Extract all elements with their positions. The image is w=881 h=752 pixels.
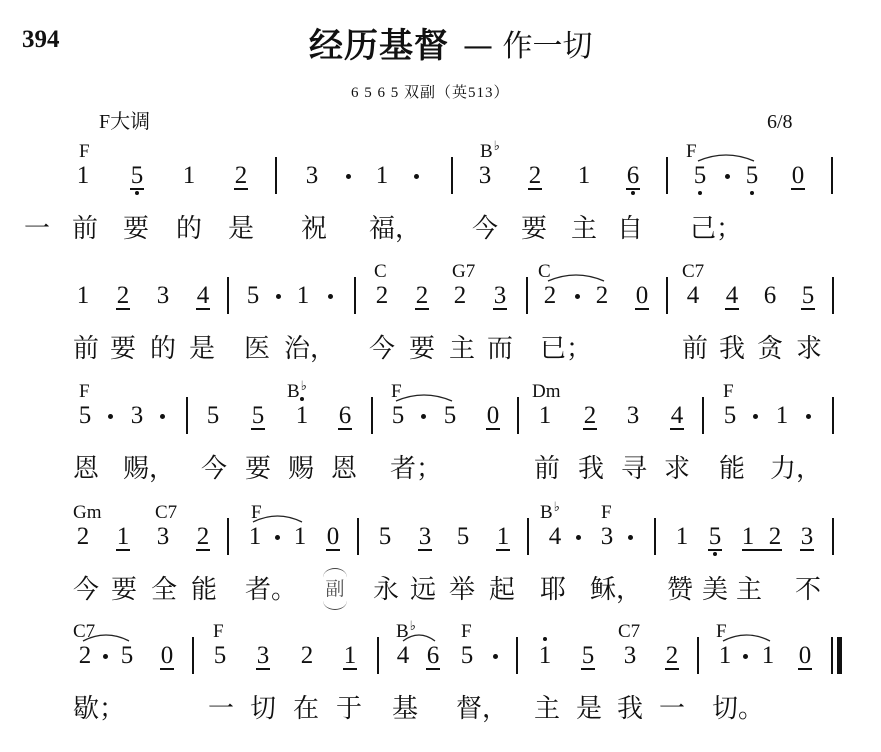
augmentation-dot [421,414,426,419]
lyric-syllable: 永 [373,575,399,605]
note: 1 [672,524,692,549]
note: 3 [153,524,173,549]
lyric-syllable: 今 [472,214,498,244]
lyric-syllable: 求 [796,334,822,364]
hymn-number: 394 [22,25,60,55]
tie-slur [721,631,772,643]
note-underline [116,308,130,310]
augmentation-dot [628,535,633,540]
hymn-title: 经历基督 [309,27,449,65]
note: 1 [179,163,199,188]
note-underline [338,428,352,430]
chord-symbol: B♭ [540,503,560,522]
note-underline [160,668,174,670]
lyric-syllable: 今 [369,334,395,364]
note: 1 [245,524,265,549]
lyric-syllable: 一 [24,214,50,244]
augmentation-dot [160,414,165,419]
note: 0 [483,403,503,428]
note: 3 [490,283,510,308]
note: 2 [193,524,213,549]
lyric-syllable: 督， [456,694,508,724]
hymn-sheet: 394 经历基督 — 作一切 6 5 6 5 双副（英513） F大调 6/8 … [0,0,881,752]
chord-symbol: F [601,503,612,522]
chord-symbol: G7 [452,262,475,281]
note-underline [581,668,595,670]
barline [275,157,277,194]
high-octave-dot [543,637,547,641]
tie-slur [401,631,437,643]
note-underline [196,308,210,310]
note-underline [418,549,432,551]
note: 1 [758,643,778,668]
note: 5 [117,643,137,668]
lyric-syllable: 不 [795,575,821,605]
lyric-syllable: 稣， [590,575,642,605]
lyric-syllable: 能 [191,575,217,605]
augmentation-dot [493,654,498,659]
note-underline [256,668,270,670]
lyric-syllable: 的 [176,214,202,244]
augmentation-dot [414,174,419,179]
augmentation-dot [328,294,333,299]
refrain-marker: 副 [323,568,347,610]
barline [192,637,194,674]
note: 5 [210,643,230,668]
note-underline [708,549,722,551]
lyric-syllable: 前 [73,334,99,364]
final-barline-thin [831,637,833,674]
lyric-syllable: 要 [409,334,435,364]
lyric-syllable: 寻 [621,454,647,484]
lyric-syllable: 要 [245,454,271,484]
note-underline [635,308,649,310]
chord-symbol: F [79,382,90,401]
lyric-syllable: 远 [410,575,436,605]
note-underline [791,188,805,190]
barline [832,518,834,555]
barline [451,157,453,194]
lyric-syllable: 于 [336,694,362,724]
chord-symbol: F [461,622,472,641]
note: 1 [113,524,133,549]
barline [516,637,518,674]
lyric-syllable: 主 [736,575,762,605]
note-underline [626,188,640,190]
meter-info: 6 5 6 5 双副（英513） [351,84,510,102]
lyric-syllable: 耶 [540,575,566,605]
chord-symbol: F [723,382,734,401]
augmentation-dot [346,174,351,179]
note: 3 [597,524,617,549]
note: 1 [574,163,594,188]
note: 3 [475,163,495,188]
note: 5 [203,403,223,428]
note: 2 [412,283,432,308]
note: 2 [765,524,785,549]
lyric-syllable: 治， [284,334,336,364]
note: 1 [340,643,360,668]
final-barline-thick [837,637,842,674]
time-signature: 6/8 [767,110,793,134]
low-octave-dot [135,191,139,195]
chord-symbol: C7 [682,262,704,281]
note: 1 [372,163,392,188]
lyric-syllable: 前 [534,454,560,484]
flat-icon: ♭ [554,500,560,515]
note-underline [415,308,429,310]
note: 5 [75,403,95,428]
note: 5 [388,403,408,428]
note: 0 [632,283,652,308]
lyric-syllable: 举 [449,575,475,605]
lyric-syllable: 一 [208,694,234,724]
chord-symbol: C [374,262,387,281]
lyric-syllable: 己； [690,214,742,244]
lyric-syllable: 者； [390,454,442,484]
chord-symbol: Dm [532,382,561,401]
note: 4 [667,403,687,428]
barline [227,518,229,555]
lyric-syllable: 美 [702,575,728,605]
note: 1 [73,283,93,308]
note-underline [130,188,144,190]
low-octave-dot [698,191,702,195]
barline [666,277,668,314]
barline [354,277,356,314]
lyric-syllable: 前 [72,214,98,244]
note: 2 [592,283,612,308]
flat-icon: ♭ [301,379,307,394]
note: 1 [292,403,312,428]
lyric-syllable: 全 [151,575,177,605]
augmentation-dot [575,294,580,299]
note: 1 [293,283,313,308]
barline [371,397,373,434]
lyric-syllable: 今 [73,575,99,605]
note: 3 [623,403,643,428]
note: 5 [742,163,762,188]
note: 1 [738,524,758,549]
chord-symbol: F [79,142,90,161]
note-underline [426,668,440,670]
note: 3 [302,163,322,188]
barline [357,518,359,555]
note-underline [798,668,812,670]
note: 6 [760,283,780,308]
lyric-syllable: 贪 [757,334,783,364]
note: 2 [297,643,317,668]
note: 5 [690,163,710,188]
lyric-syllable: 在 [293,694,319,724]
barline [654,518,656,555]
barline [526,277,528,314]
augmentation-dot [806,414,811,419]
note-underline [486,428,500,430]
chord-symbol: C7 [618,622,640,641]
chord-symbol: B♭ [480,142,500,161]
note-underline [583,428,597,430]
lyric-syllable: 是 [576,694,602,724]
barline [666,157,668,194]
note: 4 [193,283,213,308]
note-underline [196,549,210,551]
note: 5 [578,643,598,668]
tie-slur [251,512,304,524]
lyric-syllable: 祝 [301,214,327,244]
note: 2 [231,163,251,188]
note: 1 [73,163,93,188]
tie-slur [394,391,454,403]
note: 2 [540,283,560,308]
note: 1 [290,524,310,549]
barline [832,277,834,314]
lyric-syllable: 前 [682,334,708,364]
barline [832,397,834,434]
note: 5 [375,524,395,549]
note: 0 [795,643,815,668]
lyric-syllable: 基 [392,694,418,724]
key-signature: F大调 [99,110,150,134]
lyric-syllable: 一 [659,694,685,724]
note: 0 [788,163,808,188]
note: 4 [545,524,565,549]
barline [697,637,699,674]
barline [186,397,188,434]
note-underline [670,428,684,430]
note: 2 [662,643,682,668]
chord-symbol: Gm [73,503,102,522]
note: 6 [623,163,643,188]
hymn-subtitle: — 作一切 [463,29,593,65]
note: 1 [772,403,792,428]
augmentation-dot [725,174,730,179]
chord-symbol: F [686,142,697,161]
lyric-syllable: 恩 [331,454,357,484]
note: 5 [705,524,725,549]
note: 5 [243,283,263,308]
lyric-syllable: 要 [110,334,136,364]
note: 5 [440,403,460,428]
note: 4 [393,643,413,668]
lyric-syllable: 主 [571,214,597,244]
note: 5 [248,403,268,428]
lyric-syllable: 切 [250,694,276,724]
note-underline [343,668,357,670]
lyric-syllable: 医 [244,334,270,364]
tie-slur [546,271,606,283]
chord-symbol: C7 [155,503,177,522]
note: 5 [457,643,477,668]
note-underline [493,308,507,310]
augmentation-dot [108,414,113,419]
note: 2 [580,403,600,428]
note: 5 [453,524,473,549]
note: 4 [683,283,703,308]
lyric-syllable: 自 [617,214,643,244]
lyric-syllable: 是 [189,334,215,364]
note-underline [800,549,814,551]
note: 3 [253,643,273,668]
barline [227,277,229,314]
lyric-syllable: 要 [111,575,137,605]
barline [517,397,519,434]
barline [831,157,833,194]
lyric-syllable: 赞 [667,575,693,605]
lyric-syllable: 我 [617,694,643,724]
note: 2 [73,524,93,549]
note: 6 [423,643,443,668]
note-underline [801,308,815,310]
chord-symbol: F [213,622,224,641]
low-octave-dot [631,191,635,195]
note: 1 [715,643,735,668]
augmentation-dot [275,535,280,540]
lyric-syllable: 是 [228,214,254,244]
barline [527,518,529,555]
note-underline [725,308,739,310]
lyric-syllable: 的 [150,334,176,364]
lyric-syllable: 我 [578,454,604,484]
flat-icon: ♭ [494,139,500,154]
note: 2 [450,283,470,308]
note: 3 [153,283,173,308]
note: 1 [493,524,513,549]
lyric-syllable: 恩 [73,454,99,484]
lyric-syllable: 起 [489,575,515,605]
note: 1 [535,403,555,428]
lyric-syllable: 赐， [123,454,175,484]
group-underline [742,549,782,551]
lyric-syllable: 者。 [245,575,297,605]
augmentation-dot [753,414,758,419]
augmentation-dot [276,294,281,299]
augmentation-dot [743,654,748,659]
lyric-syllable: 歇； [73,694,125,724]
note: 4 [722,283,742,308]
note-underline [326,549,340,551]
note: 2 [75,643,95,668]
note-underline [665,668,679,670]
note: 2 [113,283,133,308]
note: 2 [525,163,545,188]
note: 3 [415,524,435,549]
lyric-syllable: 我 [719,334,745,364]
lyric-syllable: 要 [123,214,149,244]
augmentation-dot [103,654,108,659]
lyric-syllable: 赐 [288,454,314,484]
augmentation-dot [576,535,581,540]
note: 3 [127,403,147,428]
lyric-syllable: 福， [369,214,421,244]
barline [702,397,704,434]
tie-slur [696,151,756,163]
lyric-syllable: 而 [487,334,513,364]
note-underline [251,428,265,430]
note: 3 [797,524,817,549]
lyric-syllable: 主 [449,334,475,364]
note: 5 [720,403,740,428]
lyric-syllable: 求 [664,454,690,484]
note-underline [528,188,542,190]
low-octave-dot [713,552,717,556]
high-octave-dot [300,397,304,401]
note: 0 [323,524,343,549]
lyric-syllable: 能 [719,454,745,484]
note: 2 [372,283,392,308]
note: 5 [127,163,147,188]
lyric-syllable: 力， [770,454,822,484]
note: 6 [335,403,355,428]
lyric-syllable: 今 [201,454,227,484]
note: 5 [798,283,818,308]
lyric-syllable: 切。 [712,694,764,724]
note: 3 [620,643,640,668]
barline [377,637,379,674]
lyric-syllable: 要 [521,214,547,244]
lyric-syllable: 已； [540,334,592,364]
tie-slur [81,631,131,643]
note: 1 [535,643,555,668]
note-underline [234,188,248,190]
low-octave-dot [750,191,754,195]
note-underline [116,549,130,551]
lyric-syllable: 主 [534,694,560,724]
note-underline [496,549,510,551]
note: 0 [157,643,177,668]
